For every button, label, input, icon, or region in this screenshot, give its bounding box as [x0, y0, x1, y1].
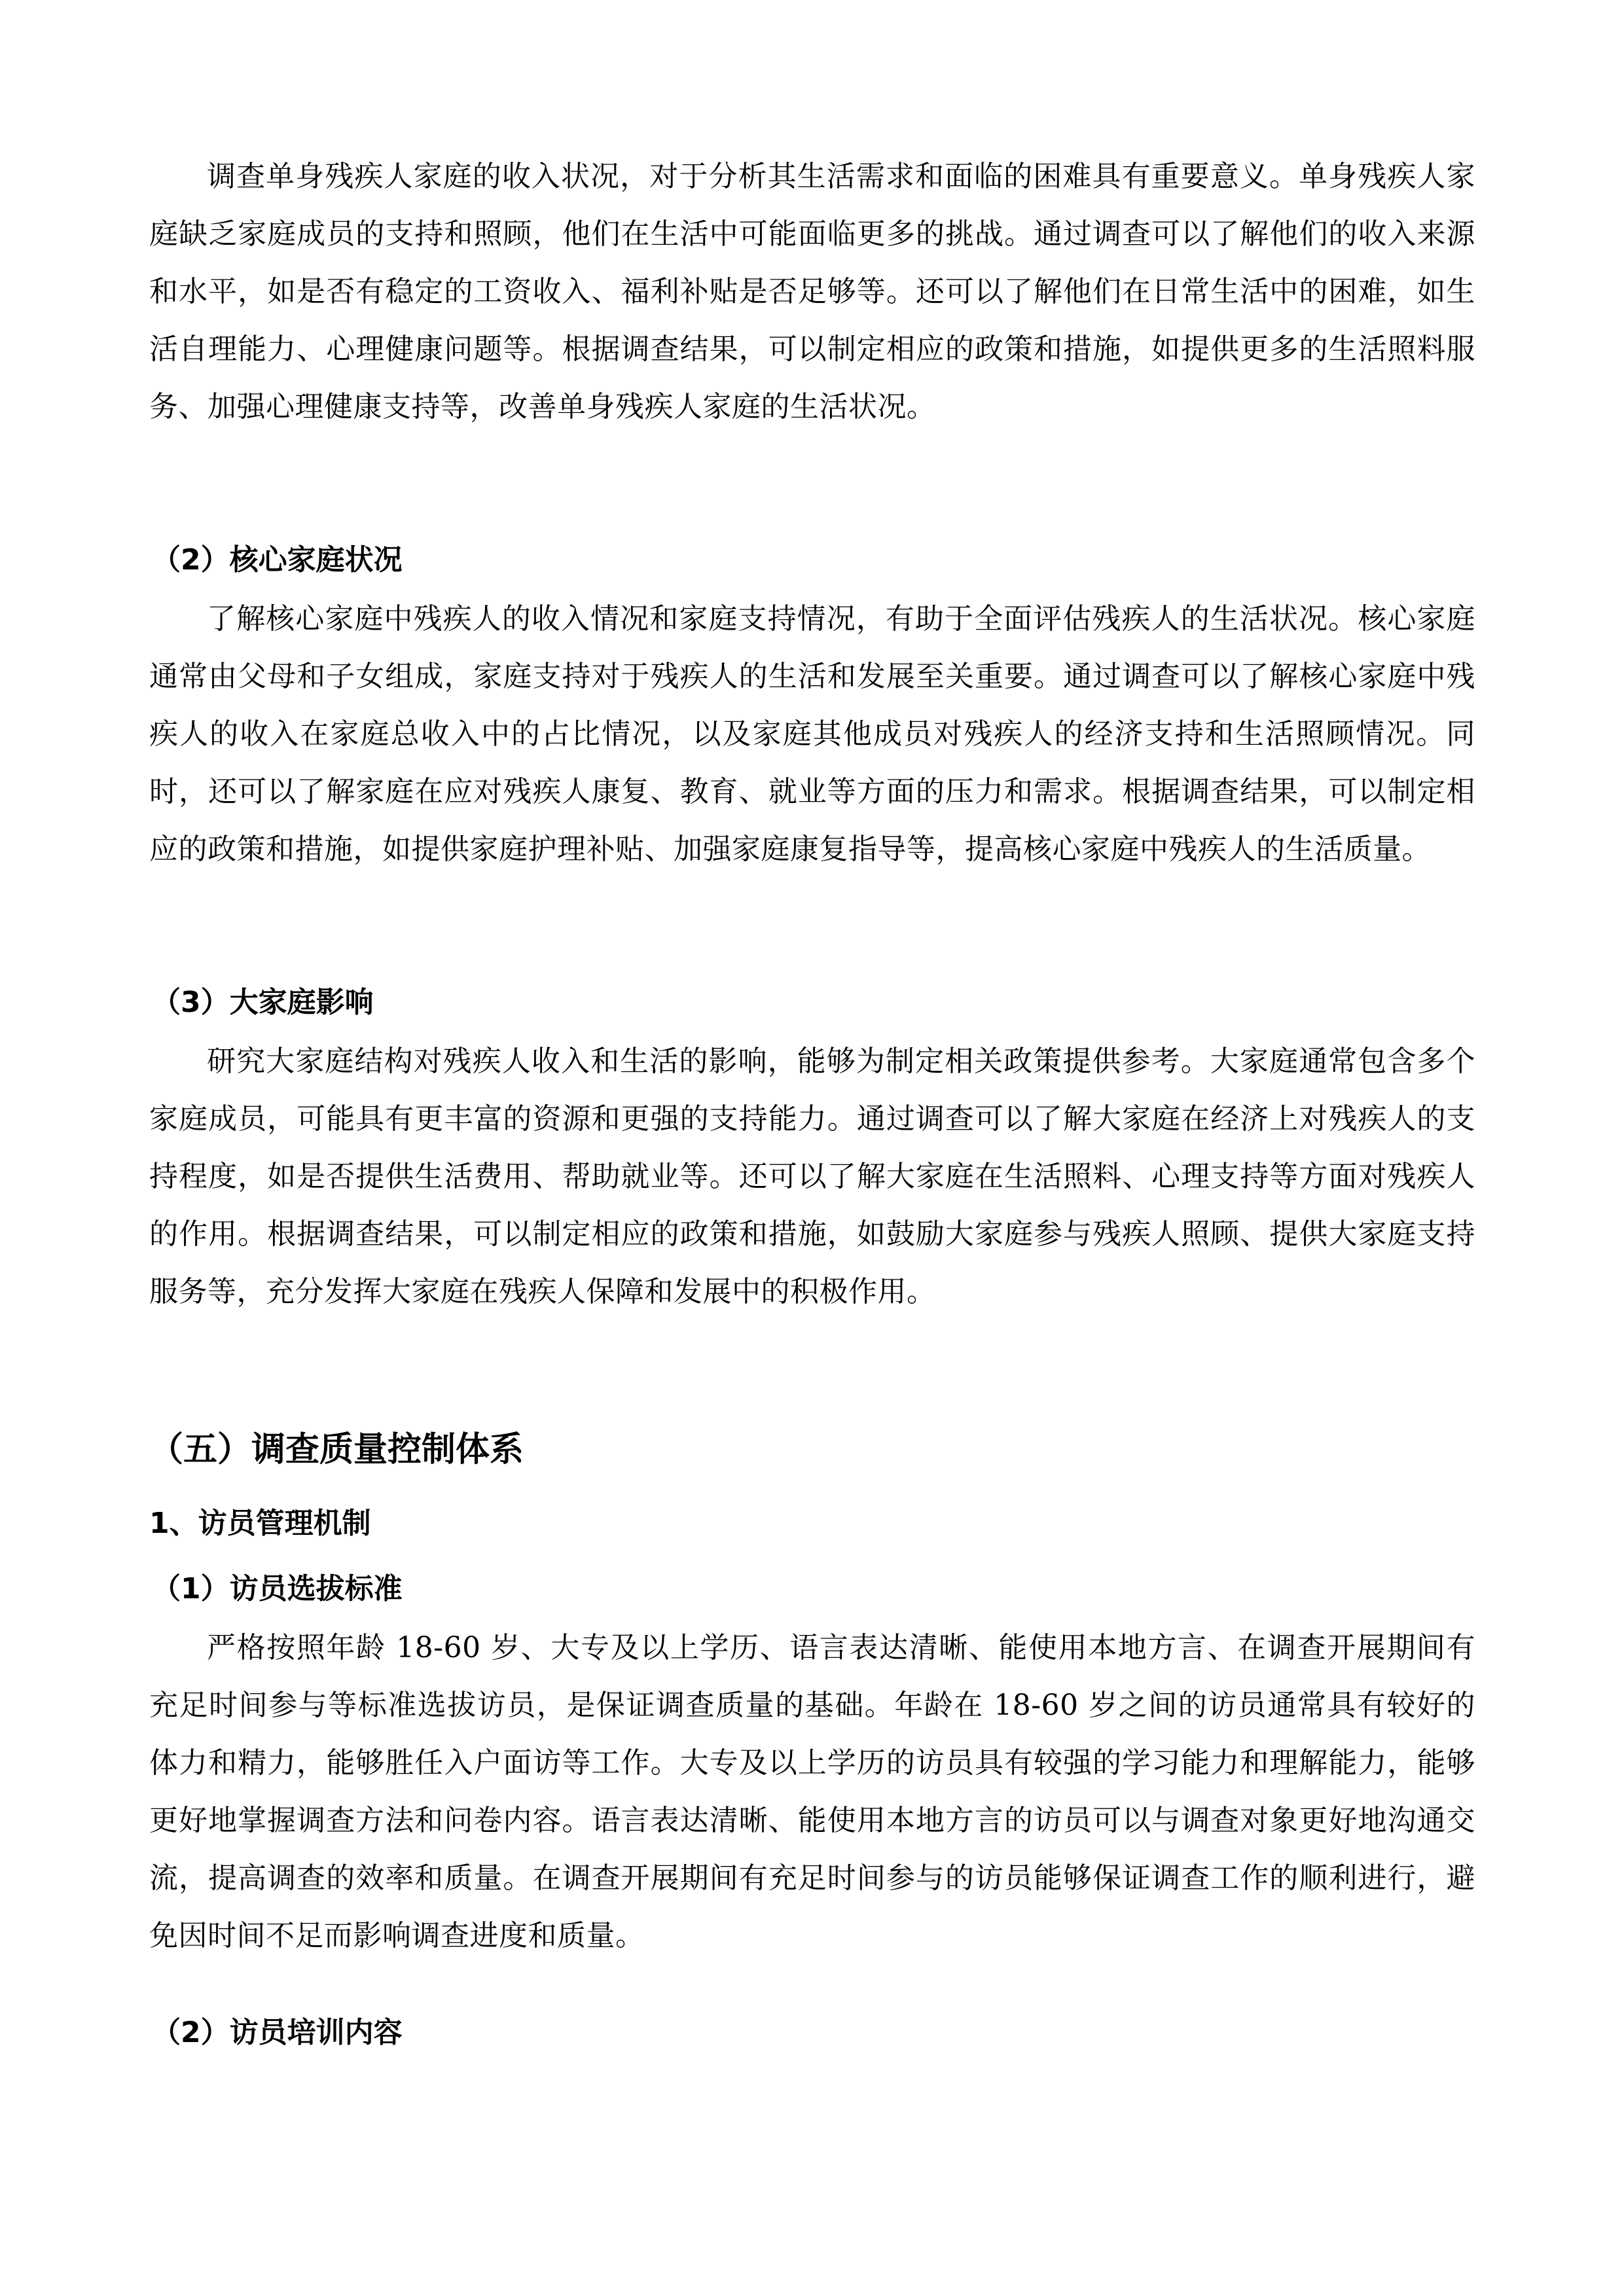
- heading-extended-family-impact: （3）大家庭影响: [149, 974, 374, 1031]
- heading-interviewer-training: （2）访员培训内容: [149, 2004, 403, 2062]
- heading-core-family-status: （2）核心家庭状况: [149, 531, 403, 589]
- paragraph-interviewer-selection: 严格按照年龄 18-60 岁、大专及以上学历、语言表达清晰、能使用本地方言、在调…: [149, 1619, 1475, 1965]
- section-heading-quality-control: （五）调查质量控制体系: [149, 1414, 524, 1486]
- heading-interviewer-selection: （1）访员选拔标准: [149, 1560, 403, 1618]
- subsection-heading-interviewer-management: 1、访员管理机制: [149, 1491, 371, 1556]
- paragraph-extended-family: 研究大家庭结构对残疾人收入和生活的影响，能够为制定相关政策提供参考。大家庭通常包…: [149, 1033, 1475, 1321]
- paragraph-core-family: 了解核心家庭中残疾人的收入情况和家庭支持情况，有助于全面评估残疾人的生活状况。核…: [149, 590, 1475, 878]
- paragraph-single-disabled-household-income: 调查单身残疾人家庭的收入状况，对于分析其生活需求和面临的困难具有重要意义。单身残…: [149, 148, 1475, 436]
